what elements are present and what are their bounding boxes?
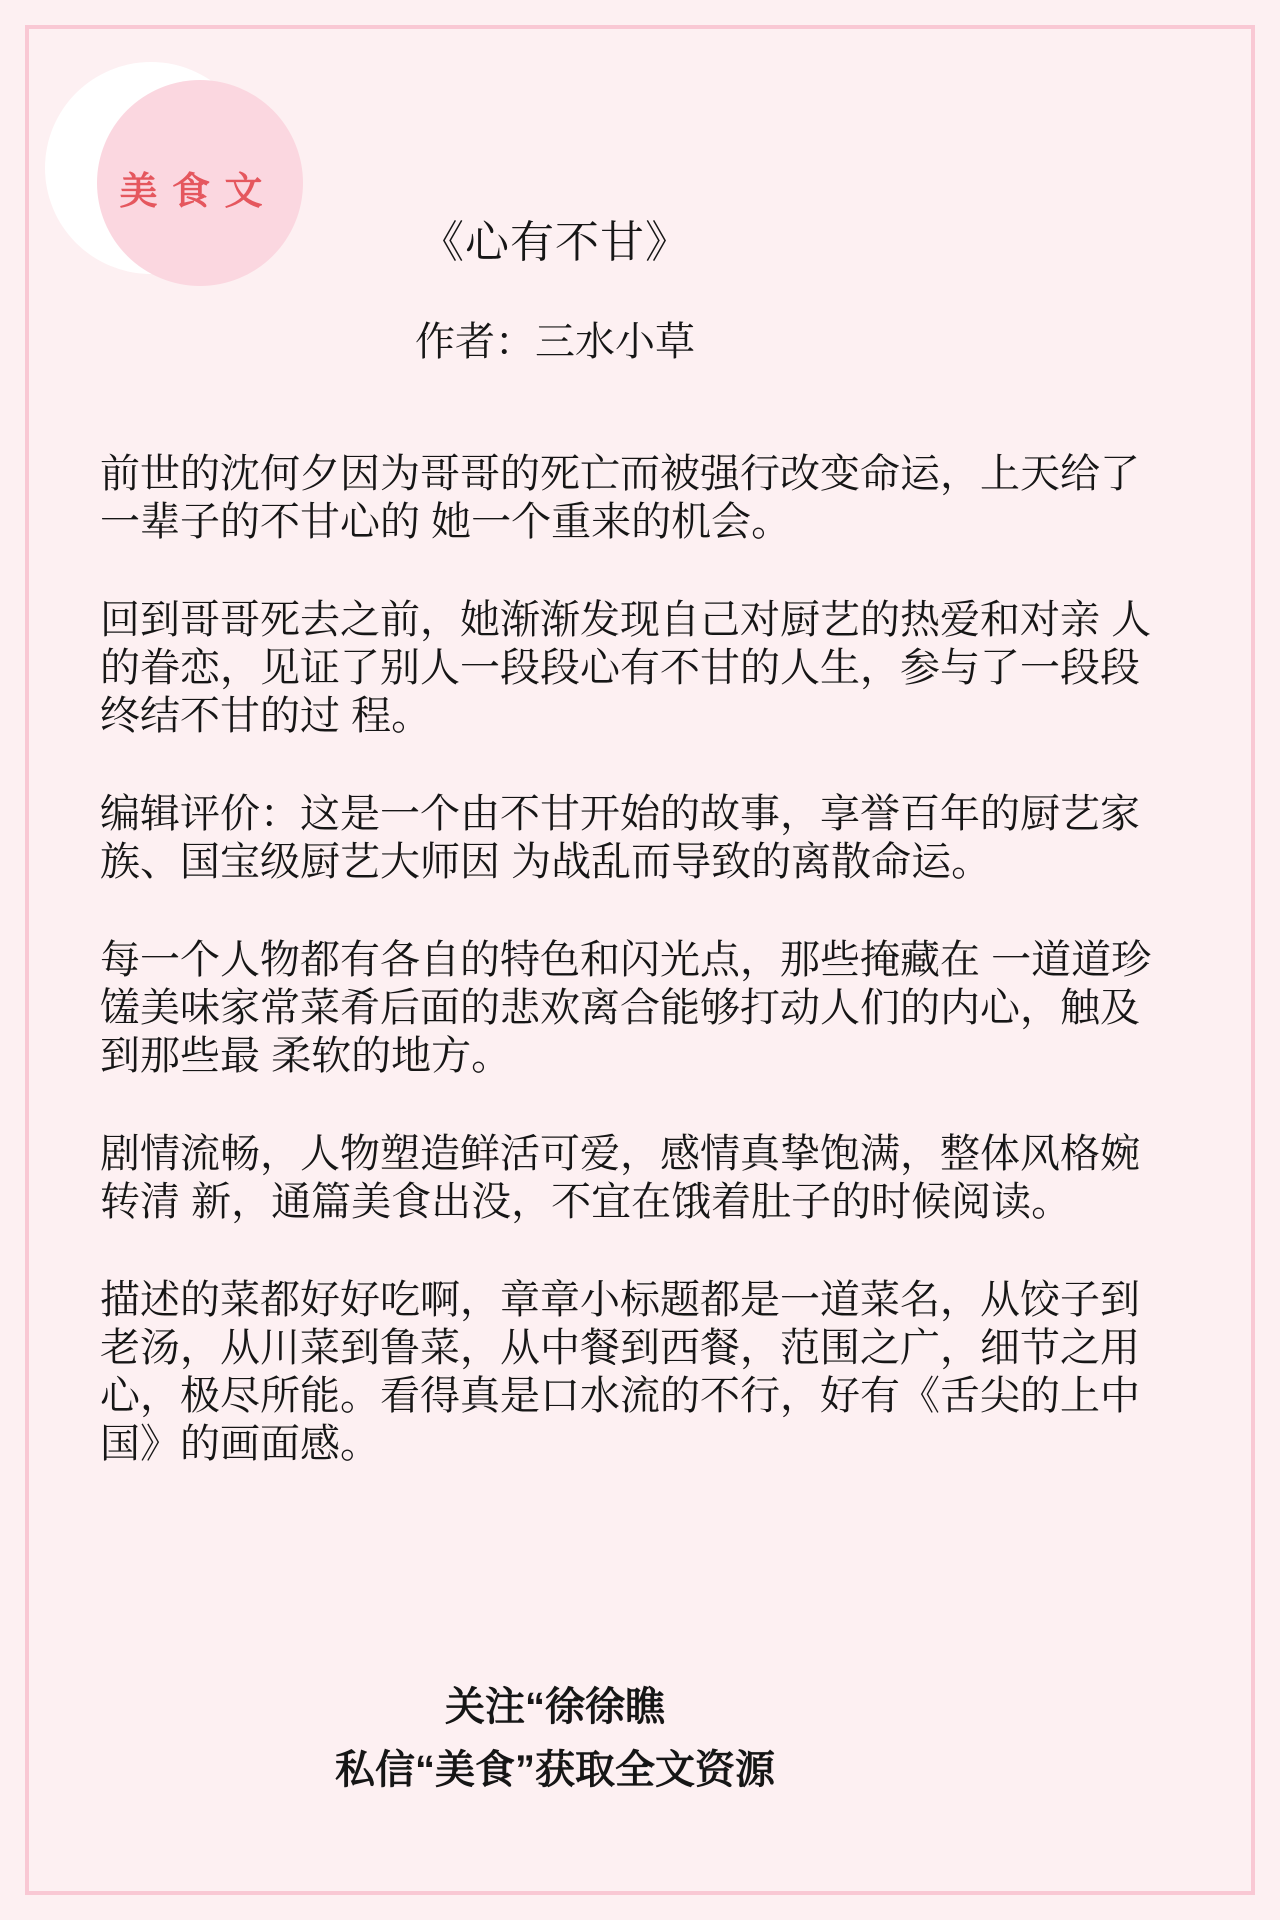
page: { "theme": { "page_background": "#fdf0f2…	[0, 0, 1280, 1920]
paragraph-style: 剧情流畅，人物塑造鲜活可爱，感情真挚饱满，整体风格婉 转清 新，通篇美食出没，不…	[100, 1130, 1215, 1226]
book-summary: 前世的沈何夕因为哥哥的死亡而被强行改变命运，上天给了 一辈子的不甘心的 她一个重…	[100, 450, 1215, 1518]
paragraph-editor-review: 编辑评价：这是一个由不甘开始的故事，享誉百年的厨艺家 族、国宝级厨艺大师因 为战…	[100, 790, 1215, 886]
paragraph-premise: 前世的沈何夕因为哥哥的死亡而被强行改变命运，上天给了 一辈子的不甘心的 她一个重…	[100, 450, 1215, 546]
footer-dm-line: 私信“美食”获取全文资源	[95, 1739, 1015, 1802]
book-title: 《心有不甘》	[95, 206, 1015, 270]
footer-follow-line: 关注“徐徐瞧	[95, 1676, 1015, 1739]
paragraph-food: 描述的菜都好好吃啊，章章小标题都是一道菜名，从饺子到 老汤，从川菜到鲁菜，从中餐…	[100, 1276, 1215, 1468]
author-line: 作者：三水小草	[95, 310, 1015, 367]
footer-cta: 关注“徐徐瞧 私信“美食”获取全文资源	[95, 1676, 1015, 1802]
paragraph-plot: 回到哥哥死去之前，她渐渐发现自己对厨艺的热爱和对亲 人 的眷恋，见证了别人一段段…	[100, 596, 1215, 740]
paragraph-characters: 每一个人物都有各自的特色和闪光点，那些掩藏在 一道道珍 馐美味家常菜肴后面的悲欢…	[100, 936, 1215, 1080]
